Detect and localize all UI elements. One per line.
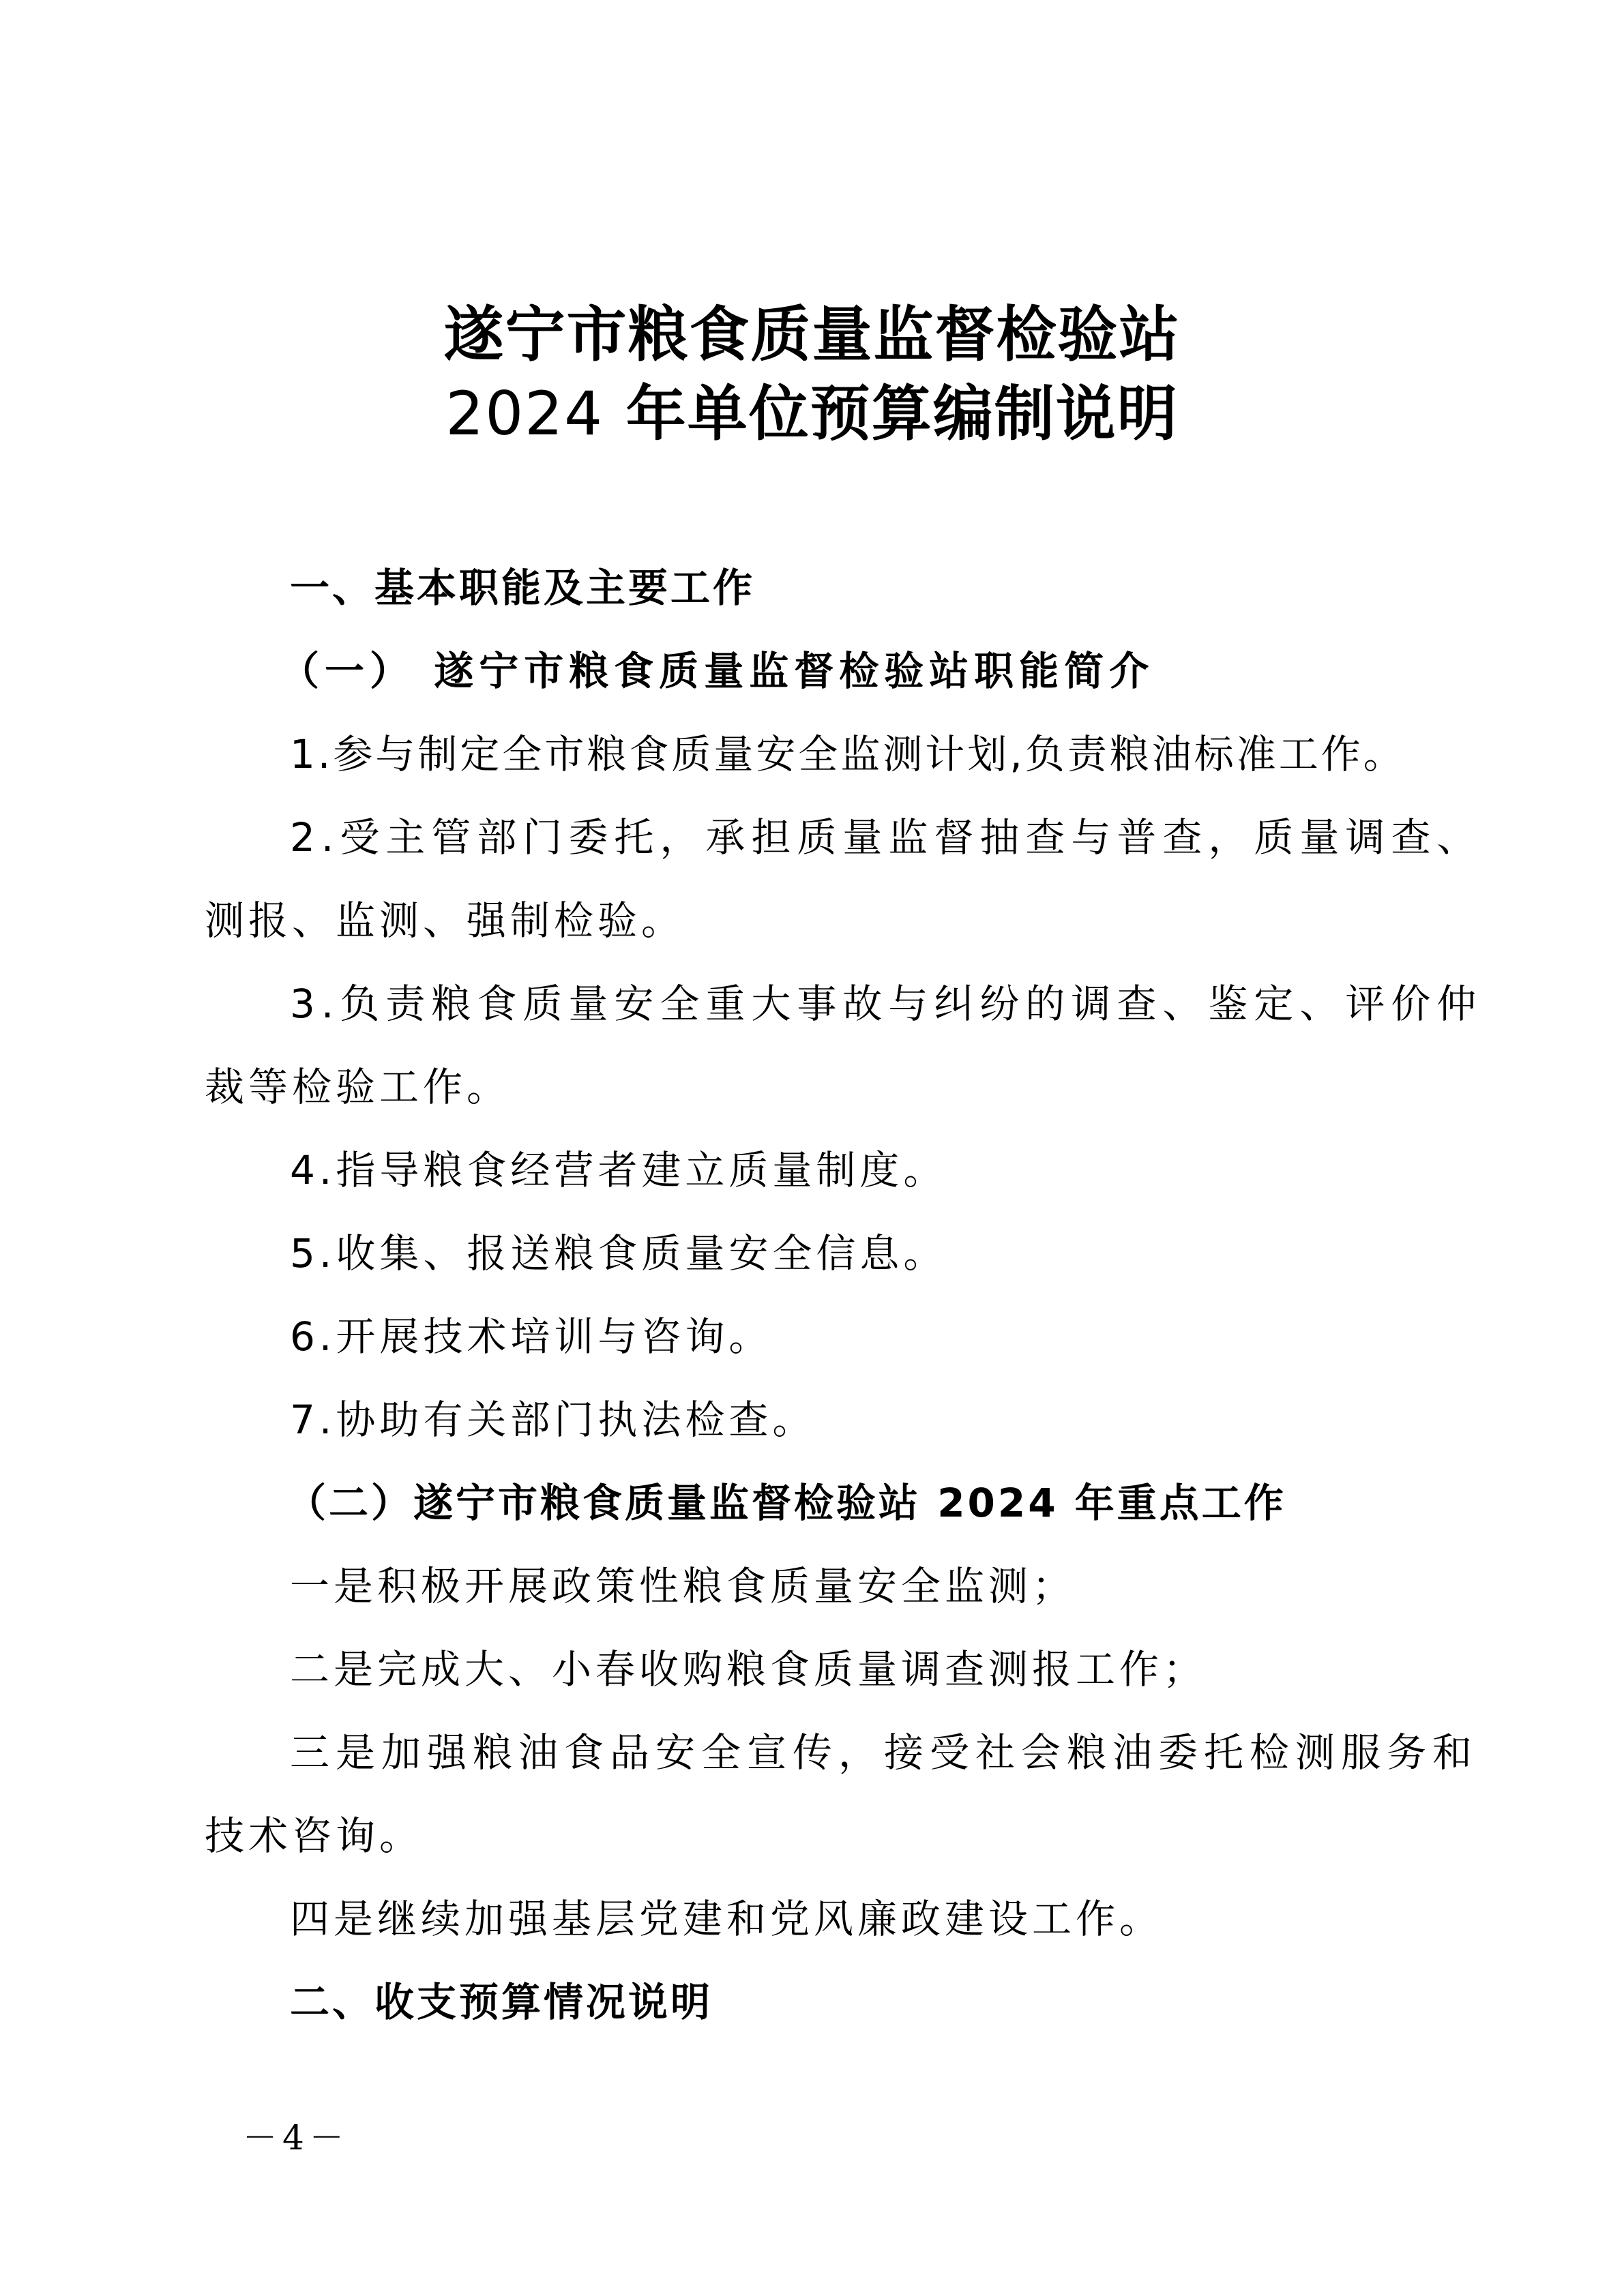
function-item-4: 4.指导粮食经营者建立质量制度。: [290, 1143, 1518, 1197]
key-work-item-3-continued: 技术咨询。: [205, 1808, 1432, 1863]
key-work-item-3: 三是加强粮油食品安全宣传，接受社会粮油委托检测服务和: [290, 1725, 1518, 1780]
section-2-heading: 二、收支预算情况说明: [290, 1975, 1518, 2029]
function-item-7: 7.协助有关部门执法检查。: [290, 1392, 1518, 1447]
subsection-2-heading: （二）遂宁市粮食质量监督检验站 2024 年重点工作: [286, 1476, 1514, 1530]
function-item-5: 5.收集、报送粮食质量安全信息。: [290, 1226, 1518, 1281]
function-item-2: 2.受主管部门委托，承担质量监督抽查与普查，质量调查、: [290, 810, 1518, 865]
document-title-line-1: 遂宁市粮食质量监督检验站: [0, 300, 1624, 368]
title-rest: 年单位预算编制说明: [604, 378, 1179, 449]
section-1-heading: 一、基本职能及主要工作: [290, 561, 1518, 615]
key-work-item-2: 二是完成大、小春收购粮食质量调查测报工作；: [290, 1642, 1518, 1697]
key-work-item-4: 四是继续加强基层党建和党风廉政建设工作。: [290, 1892, 1518, 1946]
function-item-1: 1.参与制定全市粮食质量安全监测计划,负责粮油标准工作。: [290, 727, 1518, 781]
document-page: 遂宁市粮食质量监督检验站 2024 年单位预算编制说明 一、基本职能及主要工作 …: [0, 0, 1624, 2296]
subsection-1-heading: （一） 遂宁市粮食质量监督检验站职能简介: [280, 644, 1507, 698]
function-item-3-continued: 裁等检验工作。: [205, 1060, 1432, 1114]
function-item-2-continued: 测报、监测、强制检验。: [205, 893, 1432, 948]
document-title-line-2: 2024 年单位预算编制说明: [0, 379, 1624, 448]
function-item-6: 6.开展技术培训与咨询。: [290, 1309, 1518, 1364]
function-item-3: 3.负责粮食质量安全重大事故与纠纷的调查、鉴定、评价仲: [290, 976, 1518, 1031]
page-number: －4－: [243, 2117, 349, 2158]
key-work-item-1: 一是积极开展政策性粮食质量安全监测；: [290, 1559, 1518, 1613]
title-year: 2024: [445, 378, 604, 449]
